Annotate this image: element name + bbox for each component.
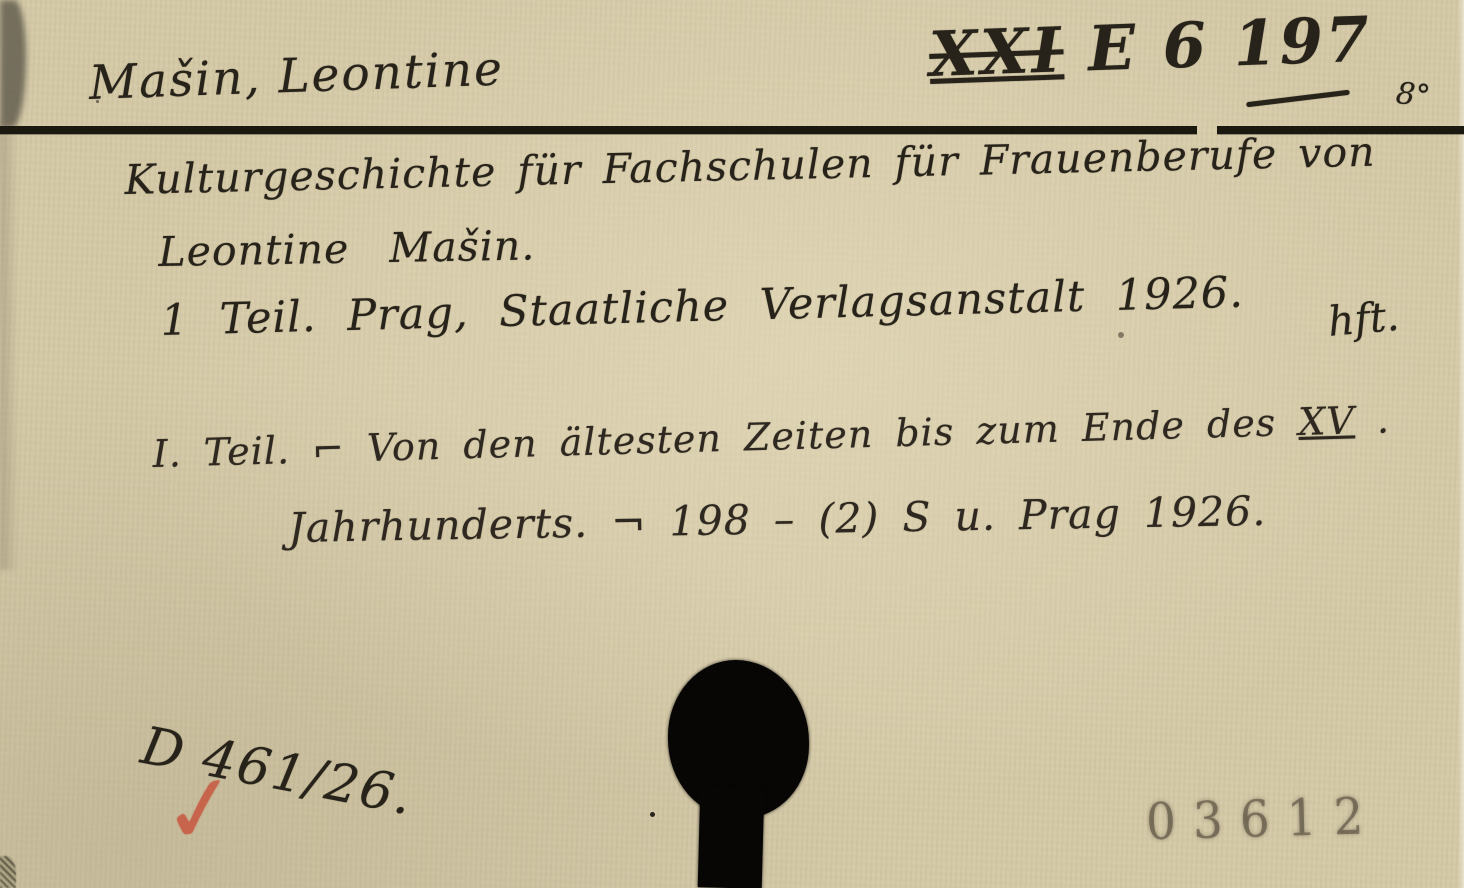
punch-hole-slot: [698, 787, 765, 888]
title-line-2: Leontine Mašin.: [158, 221, 536, 276]
header-rule-left: [0, 126, 1197, 134]
shelfmark-number: E 6 197: [1062, 3, 1373, 87]
imprint-line: 1 Teil. Prag, Staatliche Verlagsanstalt …: [160, 268, 1244, 346]
volume-note-line-2: Jahrhunderts. ¬ 198 – (2) S u. Prag 1926…: [288, 487, 1267, 552]
volume-note-suffix: .: [1354, 397, 1390, 442]
ink-speck: [96, 100, 99, 103]
ink-speck: [1118, 332, 1124, 338]
format-mark: 8°: [1394, 76, 1432, 114]
shelfmark-flourish-stroke: [1246, 90, 1350, 108]
shelfmark-crossed-out: XXI: [928, 13, 1065, 91]
shelfmark: XXI E 6 197: [928, 3, 1373, 91]
ink-speck: [650, 812, 655, 817]
catalog-card: Mašin, Leontine XXI E 6 197 8° Kulturges…: [0, 0, 1464, 888]
scan-shadow-left-edge: [0, 120, 18, 570]
volume-note-line-1: I. Teil. ⌐ Von den ältesten Zeiten bis z…: [152, 397, 1391, 476]
scan-shadow-top-left: [0, 0, 26, 128]
binding-note: hft.: [1326, 292, 1401, 346]
volume-note-prefix: I. Teil. ⌐ Von den ältesten Zeiten bis z…: [152, 400, 1299, 476]
inventory-stamp: 03612: [1145, 787, 1381, 853]
volume-note-underlined: XV: [1298, 398, 1356, 444]
title-line-1: Kulturgeschichte für Fachschulen für Fra…: [124, 128, 1376, 204]
author-heading: Mašin, Leontine: [88, 42, 505, 111]
scan-mark-bottom-left: [0, 856, 16, 888]
